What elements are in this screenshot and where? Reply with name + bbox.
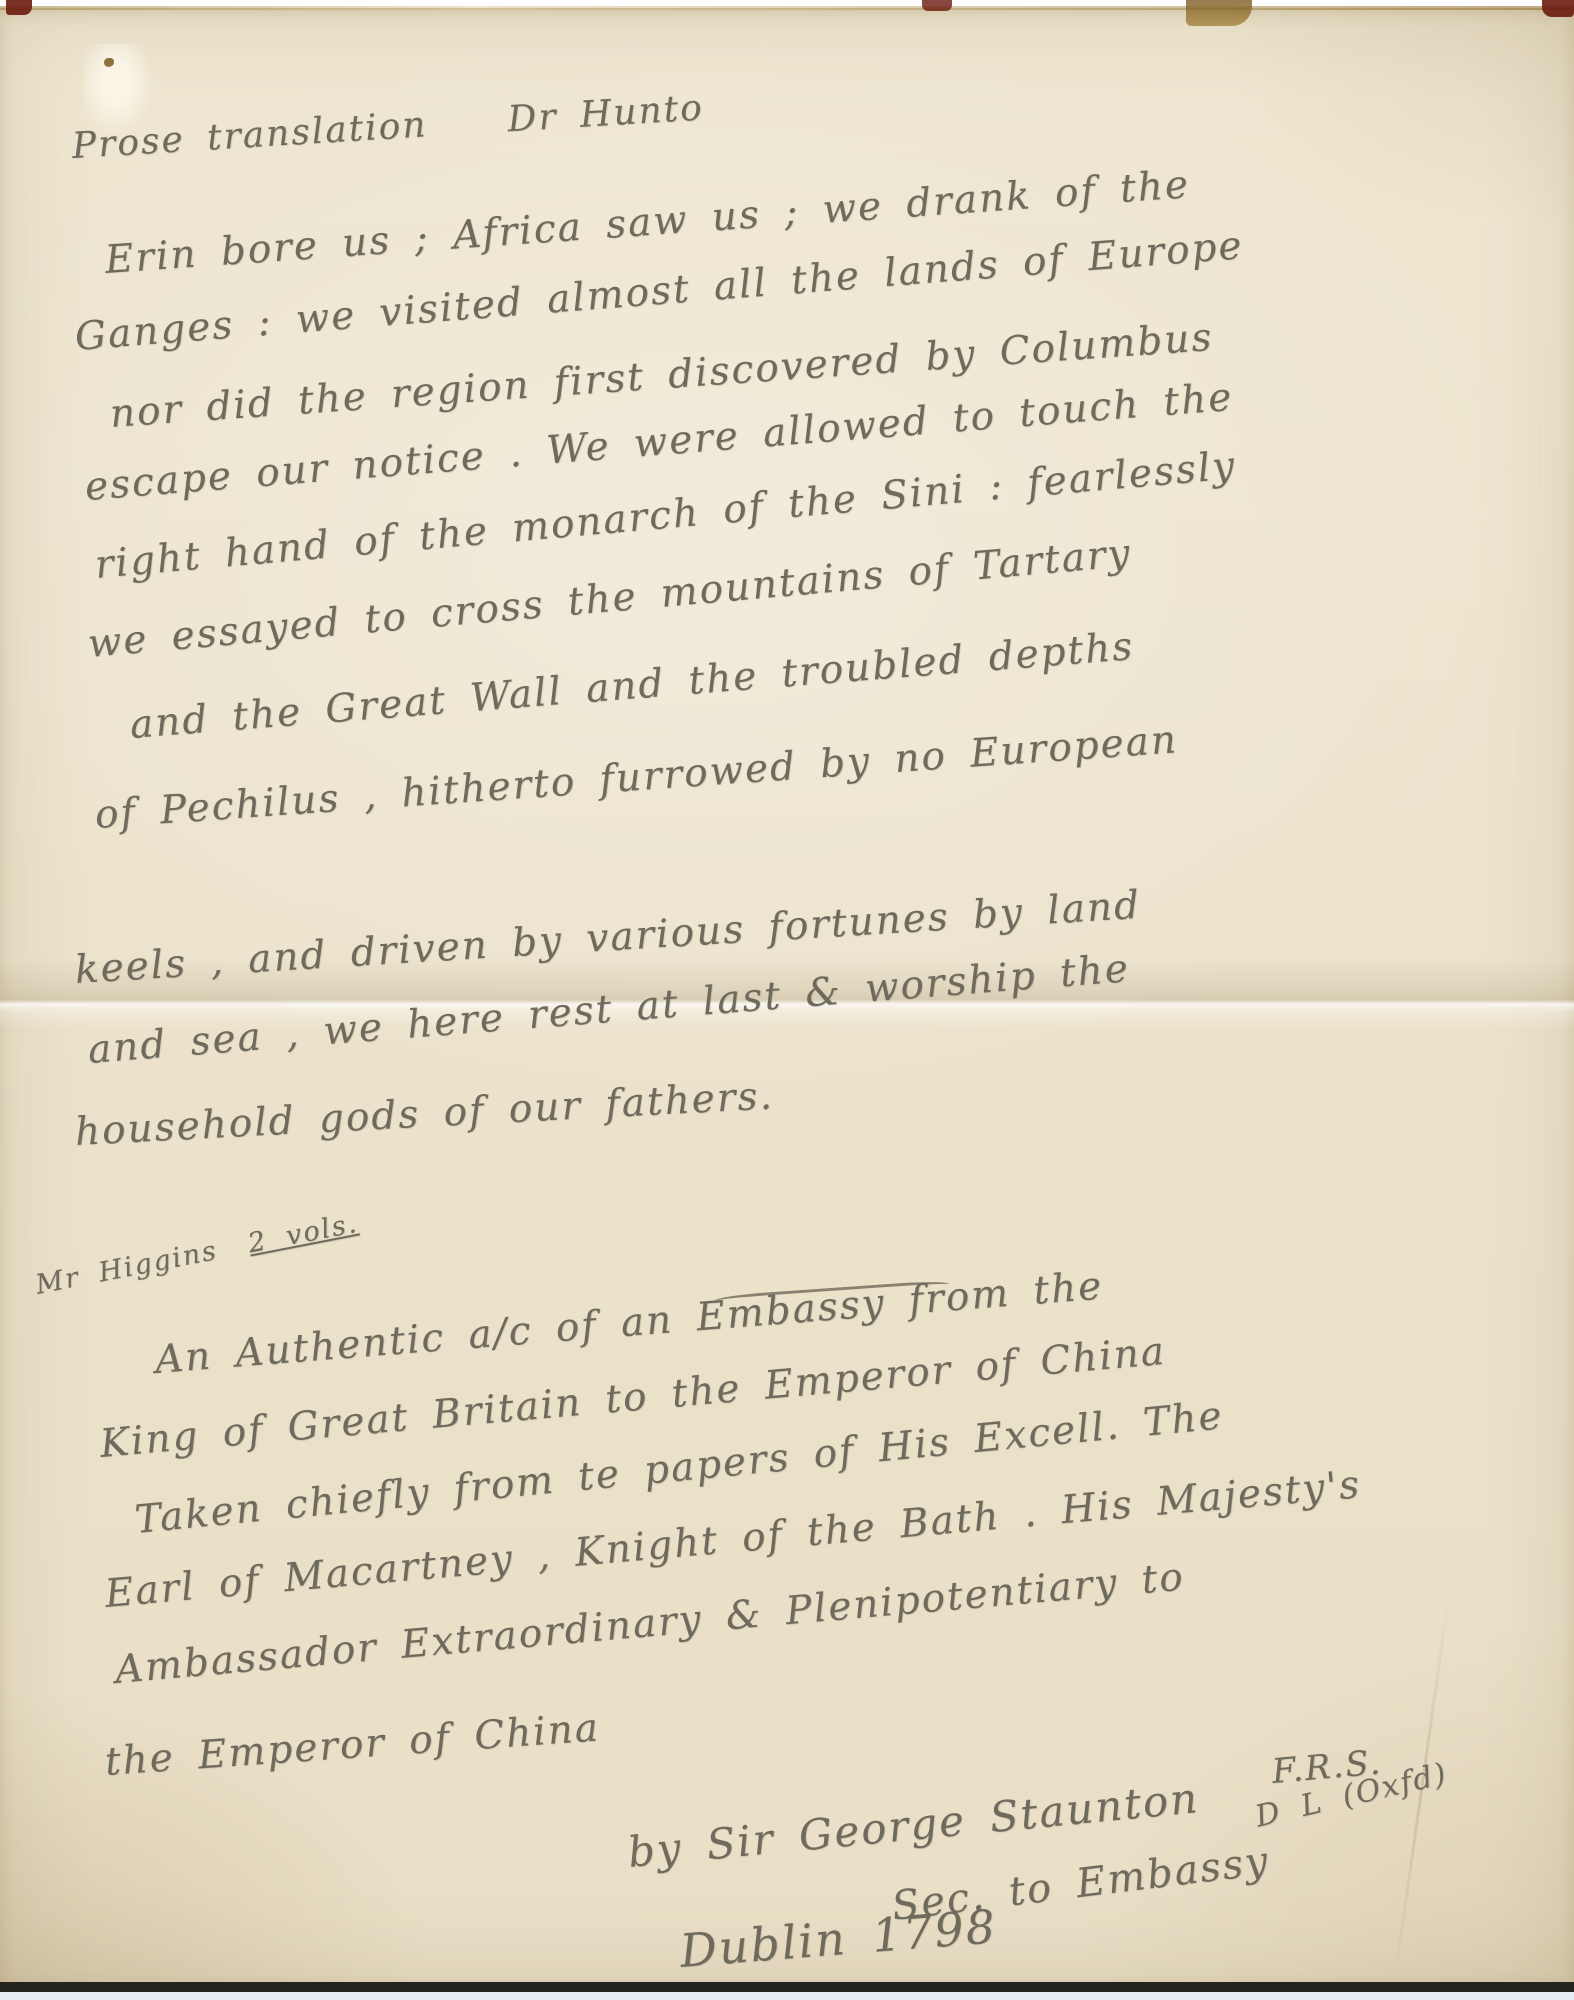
scanned-page: Prose translation Dr Hunto Erin bore us …	[0, 0, 1574, 2000]
backing-mark	[922, 0, 952, 11]
scan-bottom-background	[0, 1992, 1574, 2000]
paper-deckle-edge	[0, 6, 1574, 10]
backing-mark	[1542, 0, 1574, 17]
scan-bottom-shadow	[0, 1982, 1574, 1992]
backing-mark	[6, 0, 32, 15]
backing-mark	[1186, 0, 1252, 26]
